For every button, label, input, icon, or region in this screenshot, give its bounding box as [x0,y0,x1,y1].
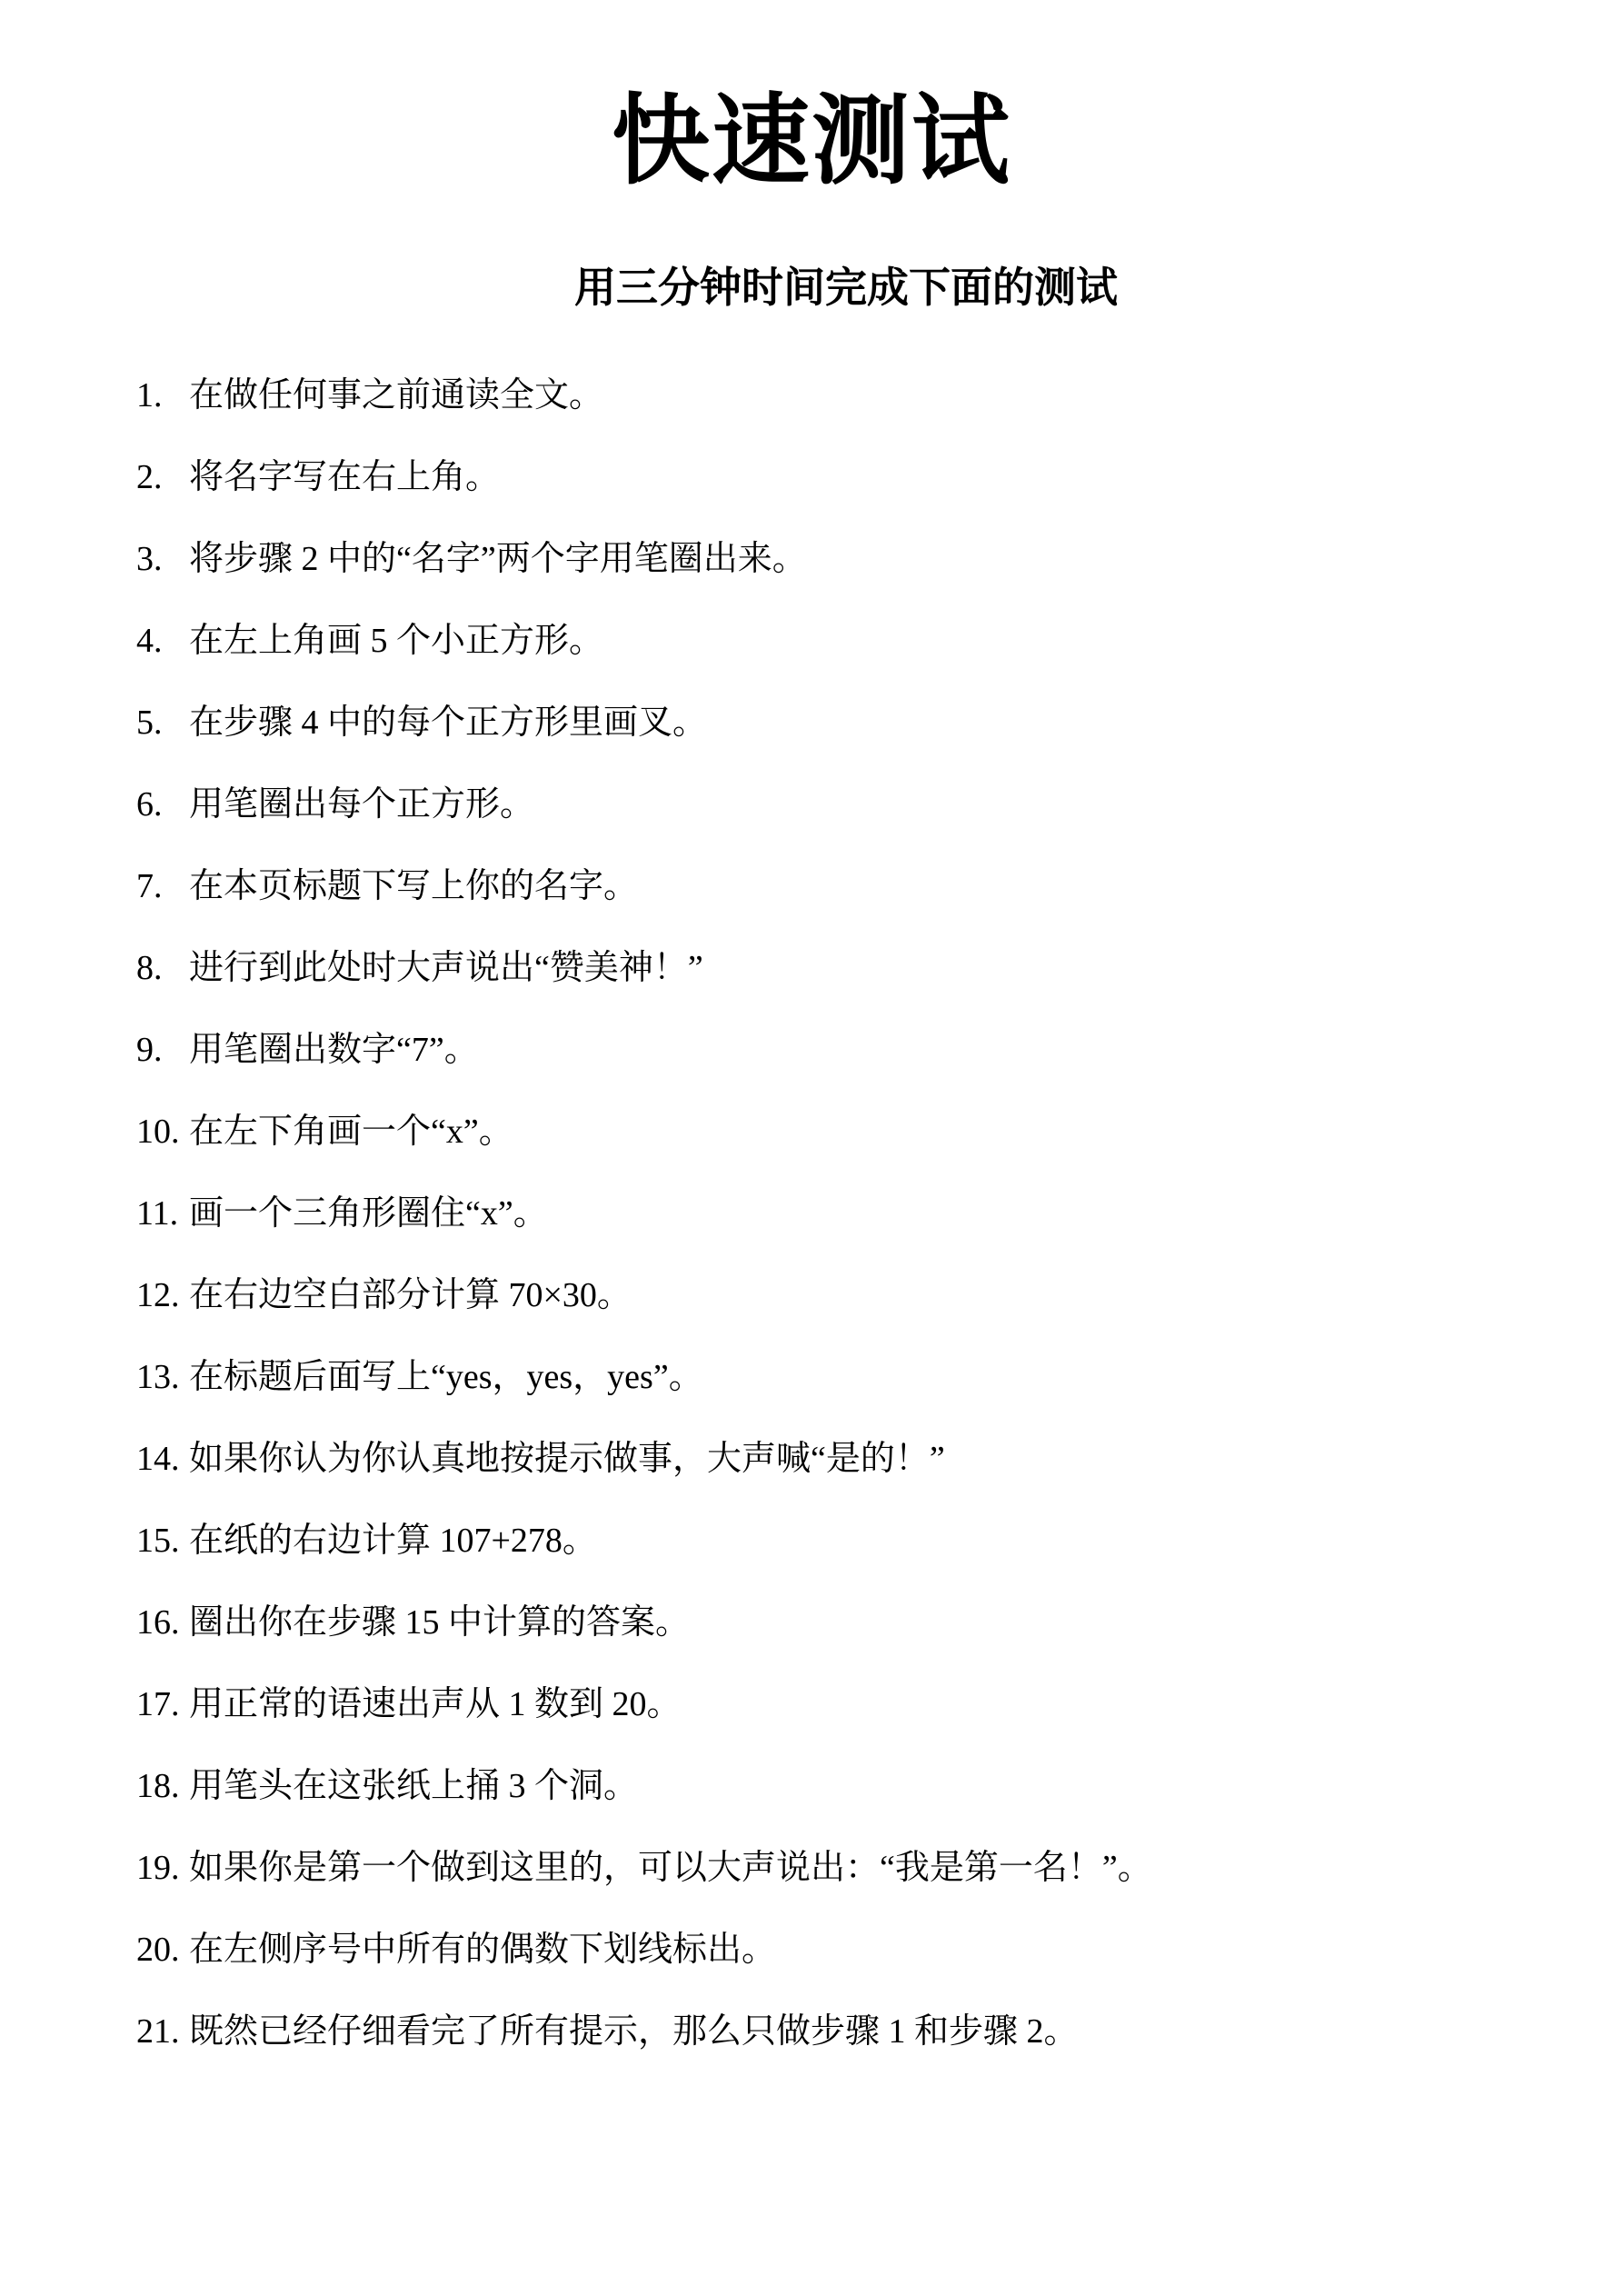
item-text: 在左上角画 5 个小正方形。 [189,620,1623,662]
document-page: 快速测试 用三分钟时间完成下面的测试 1. 在做任何事之前通读全文。 2. 将名… [0,0,1623,2296]
item-text: 在标题后面写上“yes，yes，yes”。 [189,1356,1623,1398]
item-number: 19. [136,1847,189,1889]
list-item: 20. 在左侧序号中所有的偶数下划线标出。 [0,1929,1623,2011]
item-number: 16. [136,1602,189,1643]
list-item: 19. 如果你是第一个做到这里的，可以大声说出：“我是第一名！”。 [0,1847,1623,1929]
item-text: 画一个三角形圈住“x”。 [189,1193,1623,1234]
list-item: 21. 既然已经仔细看完了所有提示，那么只做步骤 1 和步骤 2。 [0,2011,1623,2092]
item-text: 用笔头在这张纸上捅 3 个洞。 [189,1765,1623,1807]
item-text: 既然已经仔细看完了所有提示，那么只做步骤 1 和步骤 2。 [189,2011,1623,2052]
list-item: 7. 在本页标题下写上你的名字。 [0,865,1623,947]
item-number: 10. [136,1111,189,1153]
item-number: 17. [136,1683,189,1725]
list-item: 13. 在标题后面写上“yes，yes，yes”。 [0,1356,1623,1438]
item-text: 在左侧序号中所有的偶数下划线标出。 [189,1929,1623,1971]
list-item: 9. 用笔圈出数字“7”。 [0,1029,1623,1111]
item-text: 在做任何事之前通读全文。 [189,374,1623,416]
item-text: 如果你认为你认真地按提示做事，大声喊“是的！” [189,1438,1623,1480]
item-number: 12. [136,1274,189,1316]
item-number: 7. [136,865,189,907]
list-item: 10. 在左下角画一个“x”。 [0,1111,1623,1193]
item-text: 圈出你在步骤 15 中计算的答案。 [189,1602,1623,1643]
item-number: 2. [136,456,189,498]
item-number: 1. [136,374,189,416]
item-number: 14. [136,1438,189,1480]
test-steps-list: 1. 在做任何事之前通读全文。 2. 将名字写在右上角。 3. 将步骤 2 中的… [0,374,1623,2092]
page-title: 快速测试 [0,84,1623,202]
item-number: 6. [136,784,189,825]
item-number: 3. [136,538,189,580]
item-number: 15. [136,1520,189,1562]
item-number: 18. [136,1765,189,1807]
item-text: 在本页标题下写上你的名字。 [189,865,1623,907]
item-number: 11. [136,1193,189,1234]
item-text: 在纸的右边计算 107+278。 [189,1520,1623,1562]
list-item: 5. 在步骤 4 中的每个正方形里画叉。 [0,702,1623,784]
list-item: 12. 在右边空白部分计算 70×30。 [0,1274,1623,1356]
item-number: 21. [136,2011,189,2052]
item-number: 5. [136,702,189,744]
item-number: 4. [136,620,189,662]
item-text: 进行到此处时大声说出“赞美神！” [189,947,1623,989]
list-item: 6. 用笔圈出每个正方形。 [0,784,1623,865]
item-text: 将名字写在右上角。 [189,456,1623,498]
list-item: 8. 进行到此处时大声说出“赞美神！” [0,947,1623,1029]
list-item: 2. 将名字写在右上角。 [0,456,1623,538]
item-text: 用正常的语速出声从 1 数到 20。 [189,1683,1623,1725]
item-text: 在步骤 4 中的每个正方形里画叉。 [189,702,1623,744]
list-item: 18. 用笔头在这张纸上捅 3 个洞。 [0,1765,1623,1847]
list-item: 14. 如果你认为你认真地按提示做事，大声喊“是的！” [0,1438,1623,1520]
page-subtitle: 用三分钟时间完成下面的测试 [35,262,1623,314]
item-text: 用笔圈出数字“7”。 [189,1029,1623,1071]
list-item: 11. 画一个三角形圈住“x”。 [0,1193,1623,1274]
list-item: 15. 在纸的右边计算 107+278。 [0,1520,1623,1602]
list-item: 17. 用正常的语速出声从 1 数到 20。 [0,1683,1623,1765]
item-number: 20. [136,1929,189,1971]
item-number: 8. [136,947,189,989]
item-text: 如果你是第一个做到这里的，可以大声说出：“我是第一名！”。 [189,1847,1623,1889]
item-number: 9. [136,1029,189,1071]
list-item: 3. 将步骤 2 中的“名字”两个字用笔圈出来。 [0,538,1623,620]
item-text: 用笔圈出每个正方形。 [189,784,1623,825]
item-text: 在左下角画一个“x”。 [189,1111,1623,1153]
list-item: 4. 在左上角画 5 个小正方形。 [0,620,1623,702]
item-text: 将步骤 2 中的“名字”两个字用笔圈出来。 [189,538,1623,580]
list-item: 1. 在做任何事之前通读全文。 [0,374,1623,456]
item-number: 13. [136,1356,189,1398]
list-item: 16. 圈出你在步骤 15 中计算的答案。 [0,1602,1623,1683]
item-text: 在右边空白部分计算 70×30。 [189,1274,1623,1316]
